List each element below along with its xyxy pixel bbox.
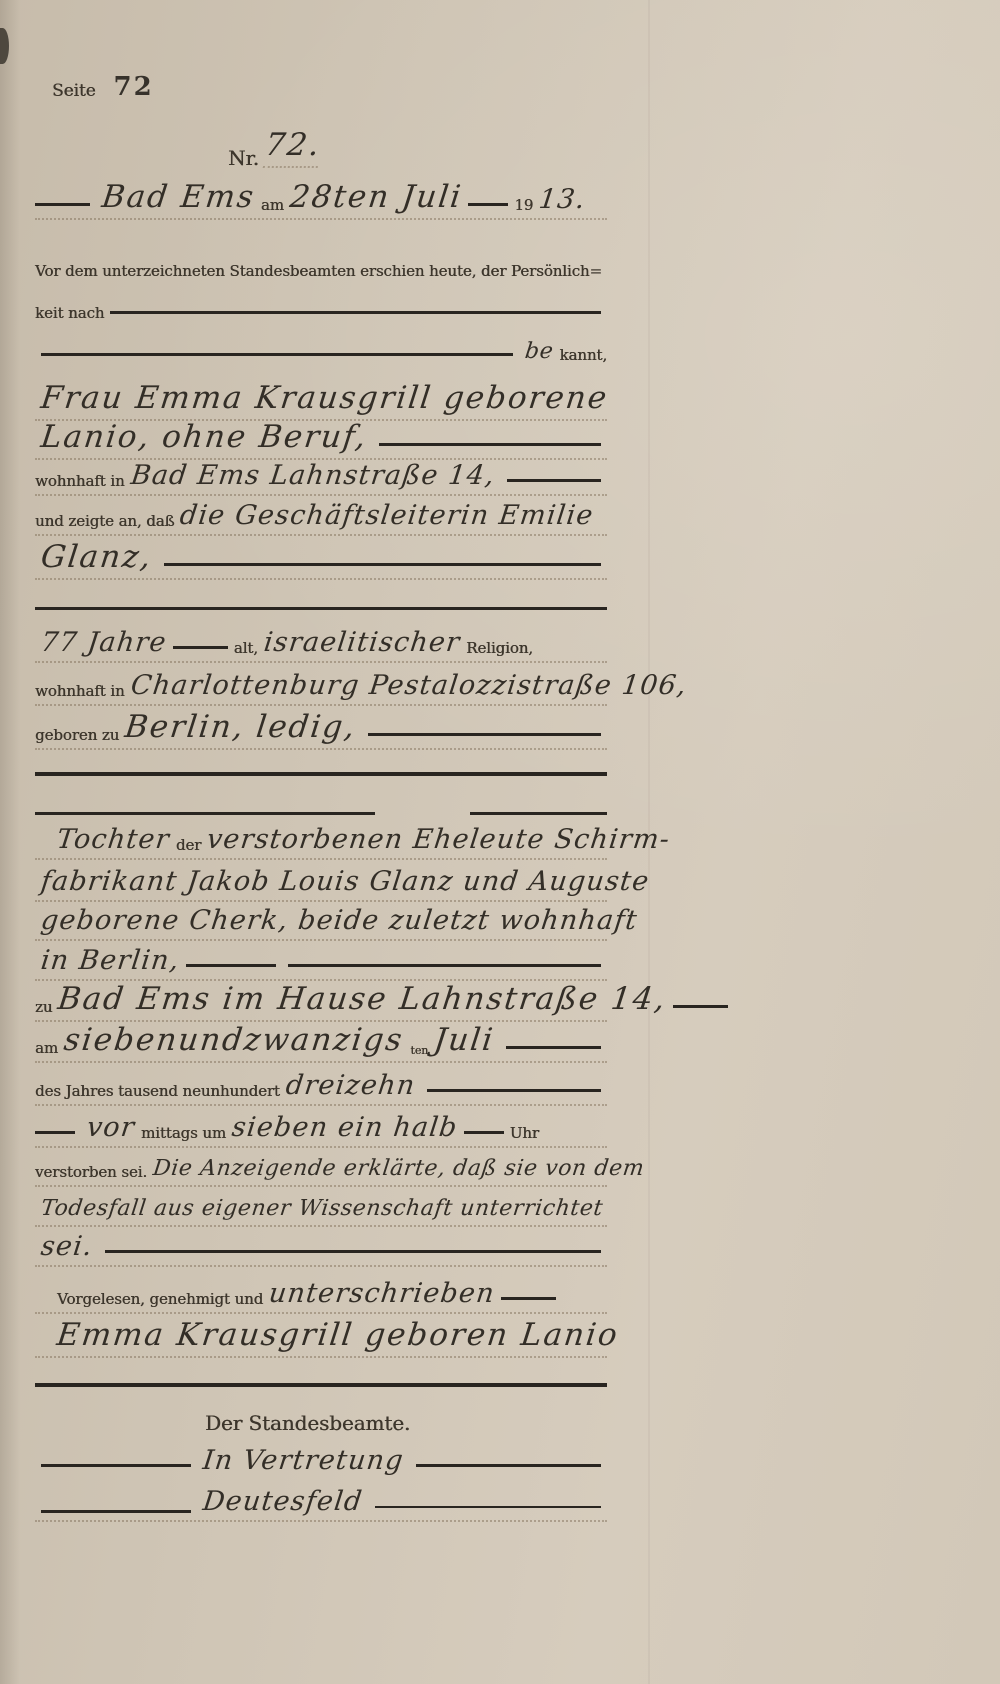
parents-row-4: in Berlin, [35, 947, 607, 981]
filler-stroke [506, 1046, 601, 1049]
date-day-written: 28ten [288, 182, 392, 213]
birthplace-written: Berlin, ledig, [123, 712, 358, 743]
signature-line-left [41, 1464, 191, 1467]
filler-stroke [368, 733, 601, 736]
parents-row-1: Tochter der verstorbenen Eheleute Schirm… [35, 826, 607, 860]
record-number-row: Nr. 72. [228, 130, 468, 168]
filler-stroke [35, 1131, 75, 1134]
death-date-row: am siebenundzwanzigs ten Juli [35, 1025, 607, 1063]
page-header-row: Seite 72 [52, 74, 292, 100]
page-number: 72 [114, 74, 154, 100]
filler-stroke [501, 1297, 556, 1300]
parents-line-3-written: geborene Cherk, beide zuletzt wohnhaft [39, 907, 639, 934]
filler-stroke [427, 1089, 601, 1092]
parents-line-2-written: fabrikant Jakob Louis Glanz und Auguste [39, 868, 651, 895]
registrar-signature-row: Deutesfeld [35, 1488, 607, 1522]
der-label: der [176, 838, 201, 853]
place-date-row: Bad Ems am 28ten Juli 19 13. [35, 182, 607, 220]
deceased-intro-written: die Geschäftsleiterin Emilie [179, 502, 596, 529]
vertretung-written: In Vertretung [201, 1447, 405, 1474]
registrar-signature-written: Deutesfeld [201, 1488, 364, 1515]
death-place-row: zu Bad Ems im Hause Lahnstraße 14, [35, 984, 607, 1022]
closing-rule [35, 1383, 607, 1387]
uhr-label: Uhr [510, 1126, 539, 1141]
section-rule [35, 772, 607, 776]
am-label-2: am [35, 1041, 58, 1056]
nr-label: Nr. [228, 148, 259, 168]
filler-stroke [35, 203, 90, 206]
parents-line-4-written: in Berlin, [39, 947, 181, 974]
parents-row-2: fabrikant Jakob Louis Glanz und Auguste [35, 868, 607, 902]
death-place-written: Bad Ems im Hause Lahnstraße 14, [56, 984, 668, 1015]
alt-label: alt, [234, 641, 258, 656]
death-year-written: dreizehn [284, 1072, 417, 1099]
year-written: 13. [538, 186, 588, 213]
tochter-written: Tochter [55, 826, 171, 853]
filler-stroke [186, 964, 276, 967]
death-register-page: Seite 72 Nr. 72. Bad Ems am 28ten Juli 1… [0, 0, 1000, 1684]
blank-rule-right [470, 812, 607, 815]
deceased-surname-row: Glanz, [35, 542, 607, 580]
declarant-residence-written: Bad Ems Lahnstraße 14, [129, 462, 496, 489]
declarant-residence-row: wohnhaft in Bad Ems Lahnstraße 14, [35, 462, 607, 496]
year-label: des Jahres tausend neunhundert [35, 1084, 280, 1099]
wohnhaft-label-2: wohnhaft in [35, 684, 125, 699]
geboren-zu-label: geboren zu [35, 728, 119, 743]
death-month-written: Juli [432, 1025, 496, 1056]
blank-rule-left [35, 812, 375, 815]
age-religion-row: 77 Jahre alt, israelitischer Religion, [35, 629, 607, 663]
blank-line [110, 311, 601, 314]
statement-line-2-written: Todesfall aus eigener Wissenschaft unter… [40, 1198, 605, 1220]
age-written: 77 Jahre [39, 629, 168, 656]
declarant-signature-written: Emma Krausgrill geboren Lanio [55, 1320, 620, 1351]
year-printed: 19 [514, 198, 533, 213]
statement-row-2: Todesfall aus eigener Wissenschaft unter… [35, 1198, 607, 1227]
signature-line-left [41, 1510, 191, 1513]
declarant-name-row-2: Lanio, ohne Beruf, [35, 422, 607, 460]
statement-row-1: verstorben sei. Die Anzeigende erklärte,… [35, 1158, 607, 1187]
deceased-residence-row: wohnhaft in Charlottenburg Pestalozzistr… [35, 672, 607, 706]
filler-stroke [173, 646, 228, 649]
parents-line-1-written: verstorbenen Eheleute Schirm- [206, 826, 673, 853]
filler-stroke [673, 1005, 728, 1008]
vor-written: vor [85, 1114, 136, 1141]
declarant-name-written: Frau Emma Krausgrill geborene [39, 383, 610, 414]
filler-stroke [507, 479, 601, 482]
filler-stroke [164, 563, 601, 566]
zeigte-an-label: und zeigte an, daß [35, 514, 174, 529]
date-month-written: Juli [400, 182, 464, 213]
filler-stroke [468, 203, 508, 206]
death-day-written: siebenundzwanzigs [62, 1025, 405, 1056]
zu-label: zu [35, 1000, 52, 1015]
intro-line-2: keit nach [35, 306, 607, 321]
vertretung-row: In Vertretung [35, 1447, 607, 1474]
intro-text-2: keit nach [35, 306, 104, 321]
bekannt-row: be kannt, [35, 341, 607, 363]
kannt-printed: kannt, [559, 348, 607, 363]
religion-label: Religion, [466, 641, 533, 656]
declarant-name-row: Frau Emma Krausgrill geborene [35, 383, 607, 421]
intro-line-1: Vor dem unterzeichneten Standesbeamten e… [35, 264, 607, 279]
signature-line-right [416, 1464, 601, 1467]
statement-row-3: sei. [35, 1233, 607, 1267]
statement-line-3-written: sei. [39, 1233, 94, 1260]
mittags-label: mittags um [141, 1126, 226, 1141]
section-rule [35, 607, 607, 610]
deceased-residence-written: Charlottenburg Pestalozzistraße 106, [129, 672, 688, 699]
record-number-value: 72. [263, 130, 323, 168]
registrar-title: Der Standesbeamte. [205, 1413, 410, 1433]
place-written: Bad Ems [100, 182, 257, 213]
death-year-row: des Jahres tausend neunhundert dreizehn [35, 1072, 607, 1106]
declarant-birthname-written: Lanio, ohne Beruf, [39, 422, 369, 453]
signature-line-right [375, 1506, 601, 1508]
notification-row: und zeigte an, daß die Geschäftsleiterin… [35, 502, 607, 536]
religion-written: israelitischer [262, 629, 462, 656]
unterschrieben-written: unterschrieben [267, 1280, 496, 1307]
declarant-signature-row: Emma Krausgrill geboren Lanio [35, 1320, 607, 1358]
ten-suffix: ten [410, 1045, 428, 1056]
death-time-written: sieben ein halb [230, 1114, 459, 1141]
parents-row-3: geborene Cherk, beide zuletzt wohnhaft [35, 907, 607, 941]
filler-stroke [464, 1131, 504, 1134]
filler-stroke [288, 964, 601, 967]
be-written: be [524, 341, 555, 363]
scan-left-edge-shadow [0, 0, 20, 1684]
am-label: am [261, 198, 284, 213]
filler-stroke [379, 443, 601, 446]
registrar-title-row: Der Standesbeamte. [35, 1413, 607, 1433]
verstorben-label: verstorben sei. [35, 1165, 147, 1180]
birthplace-row: geboren zu Berlin, ledig, [35, 712, 607, 750]
seite-label: Seite [52, 83, 96, 100]
wohnhaft-label: wohnhaft in [35, 474, 125, 489]
blank-line [41, 353, 513, 356]
vorgelesen-label: Vorgelesen, genehmigt und [57, 1292, 263, 1307]
vorgelesen-row: Vorgelesen, genehmigt und unterschrieben [35, 1280, 607, 1314]
deceased-surname-written: Glanz, [39, 542, 154, 573]
intro-text-1: Vor dem unterzeichneten Standesbeamten e… [35, 264, 602, 279]
filler-stroke [105, 1250, 601, 1253]
death-time-row: vor mittags um sieben ein halb Uhr [35, 1114, 607, 1148]
statement-line-1-written: Die Anzeigende erklärte, daß sie von dem [152, 1158, 646, 1180]
